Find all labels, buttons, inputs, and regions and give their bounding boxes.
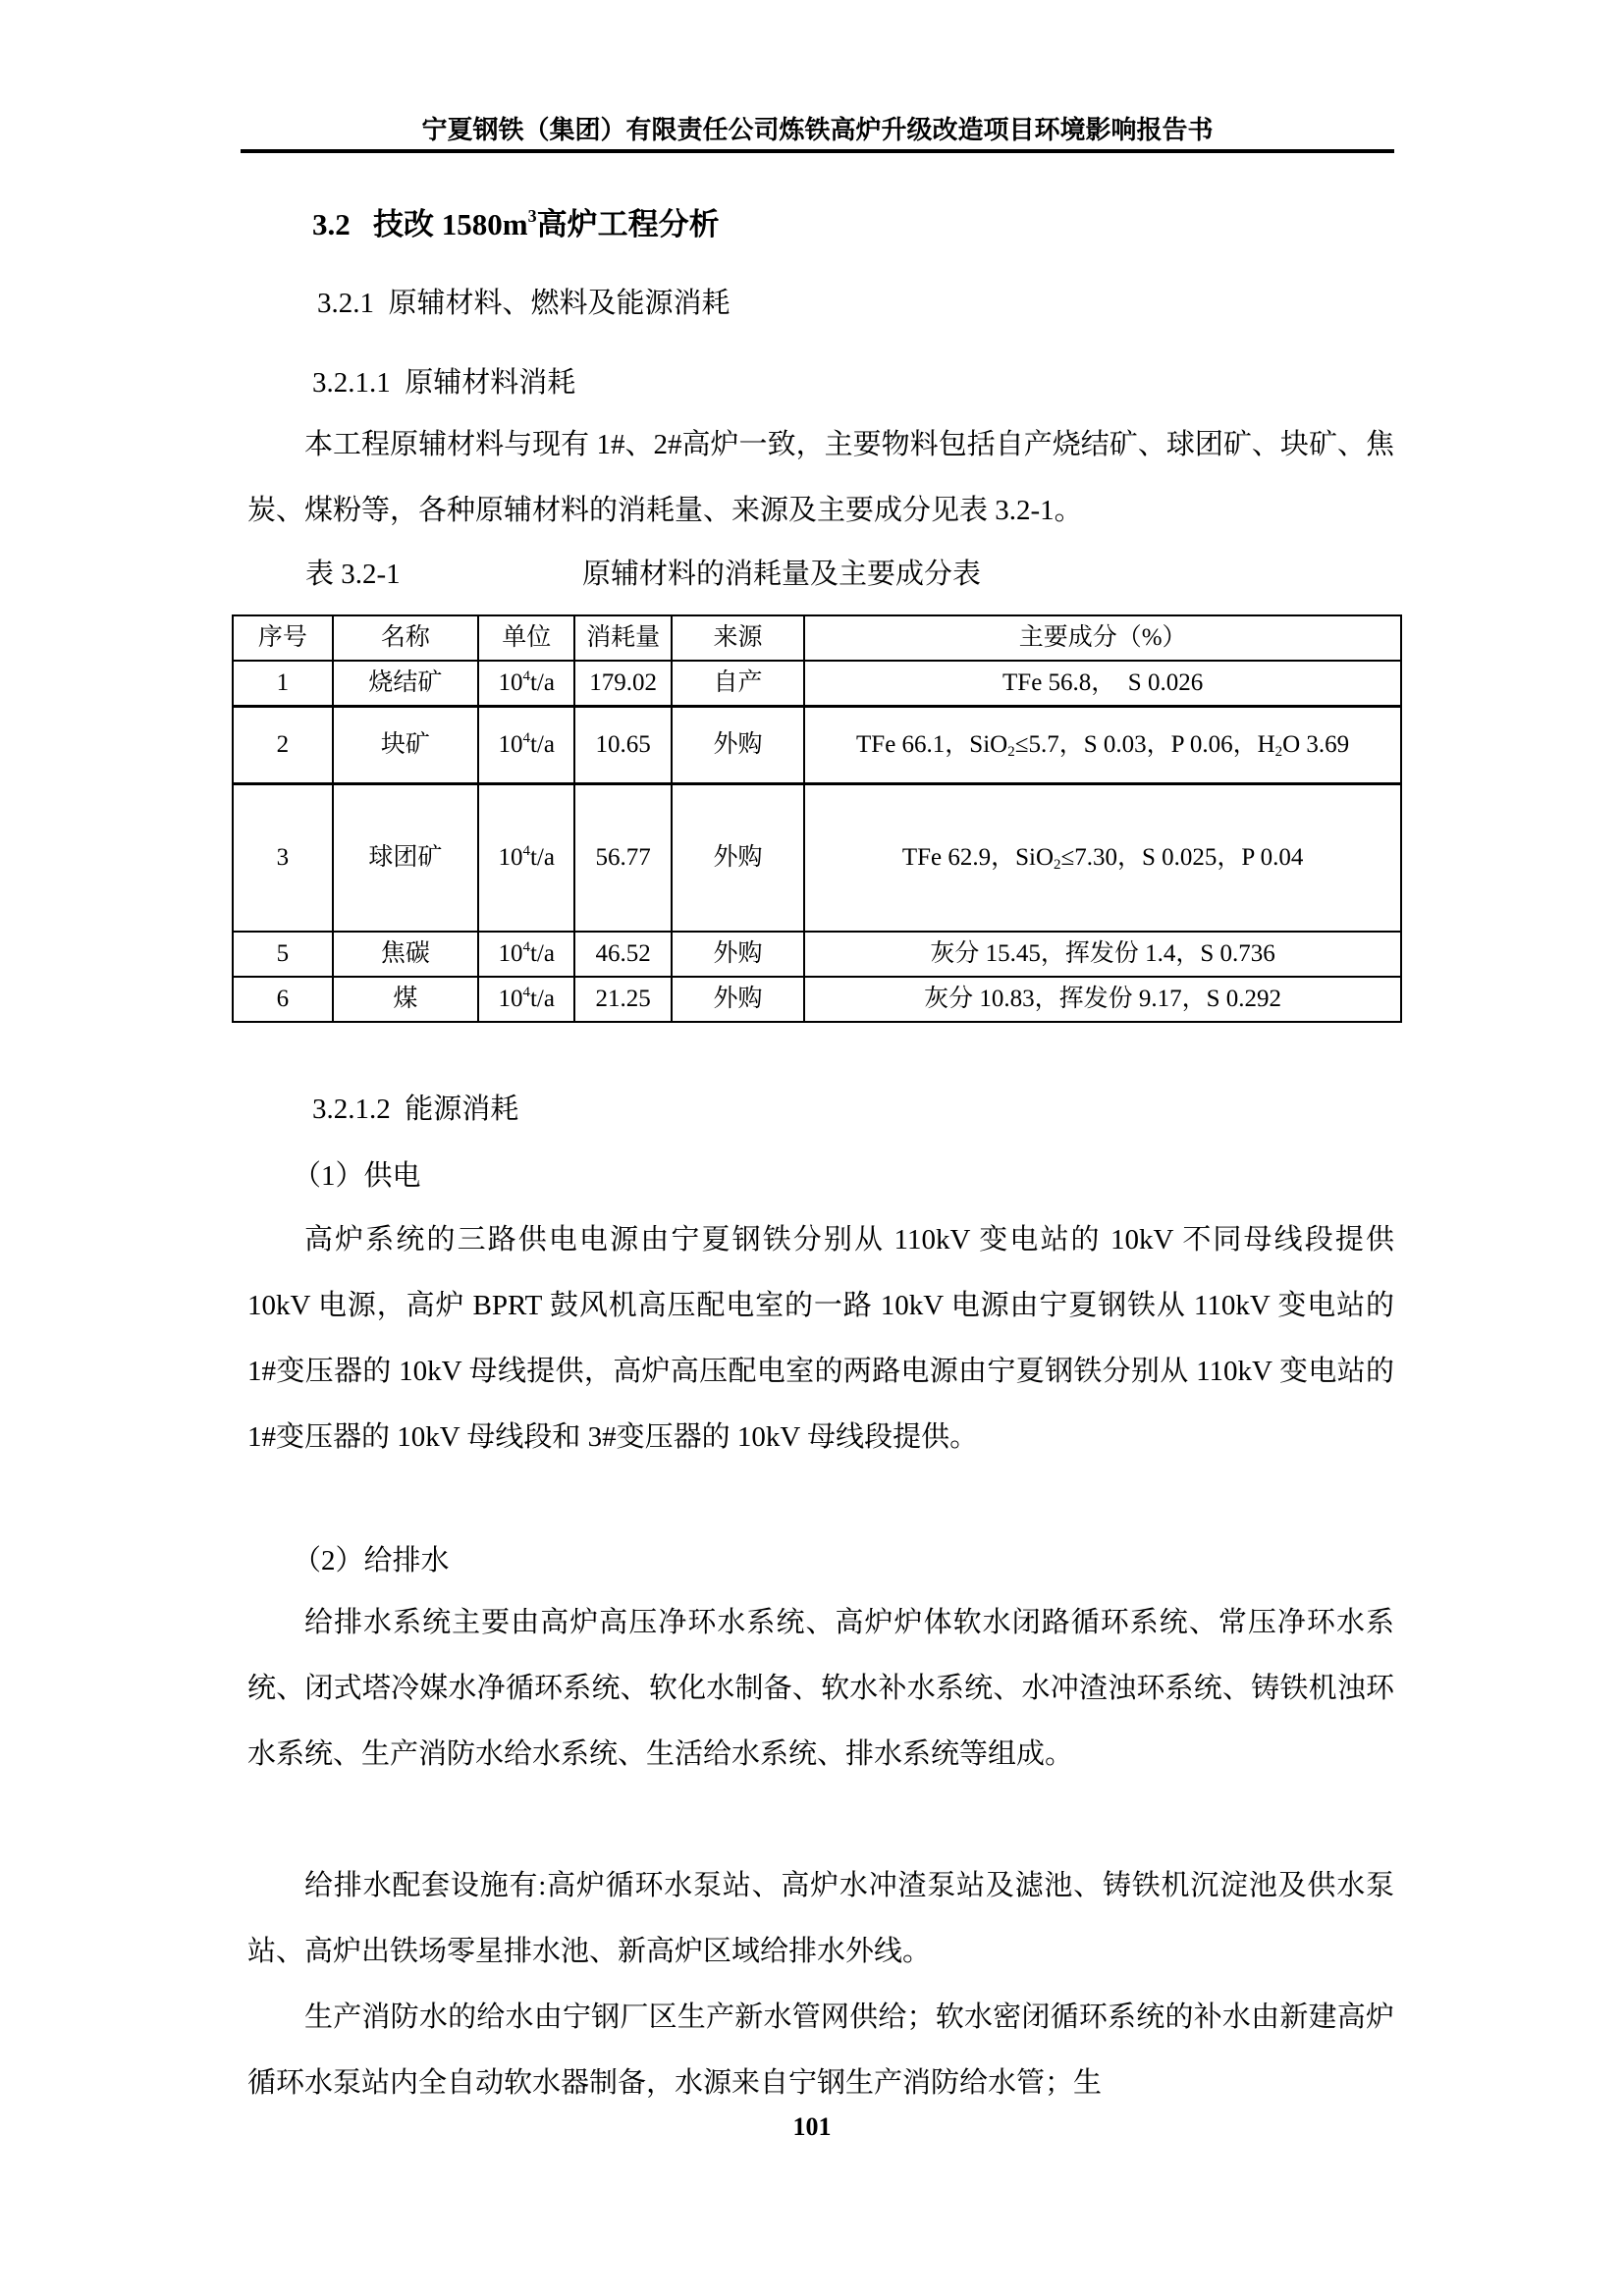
water-heading: （2）给排水 [293, 1538, 450, 1578]
cell-composition: 灰分 15.45，挥发份 1.4，S 0.736 [804, 932, 1401, 977]
water-paragraph-2: 给排水配套设施有:高炉循环水泵站、高炉水冲渣泵站及滤池、铸铁机沉淀池及供水泵站、… [247, 1853, 1394, 1985]
cell-no: 2 [233, 707, 333, 784]
subsection-number: 3.2.1 [317, 288, 374, 319]
header-cell: 消耗量 [574, 615, 671, 661]
cell-amount: 10.65 [574, 707, 671, 784]
cell-composition: TFe 56.8， S 0.026 [804, 661, 1401, 707]
header-cell: 单位 [478, 615, 574, 661]
cell-name: 焦碳 [333, 932, 478, 977]
materials-table: 序号 名称 单位 消耗量 来源 主要成分（%） 1 烧结矿 104t/a 179… [232, 614, 1402, 1023]
subsection-title: 能源消耗 [405, 1094, 518, 1125]
cell-source: 外购 [672, 977, 804, 1022]
table-row: 5 焦碳 104t/a 46.52 外购 灰分 15.45，挥发份 1.4，S … [233, 932, 1401, 977]
cell-amount: 179.02 [574, 661, 671, 707]
section-heading: 3.2 技改 1580m3高炉工程分析 [312, 199, 720, 243]
table-row: 3 球团矿 104t/a 56.77 外购 TFe 62.9，SiO2≤7.30… [233, 784, 1401, 933]
subsection-number: 3.2.1.2 [312, 1094, 391, 1125]
table-row: 1 烧结矿 104t/a 179.02 自产 TFe 56.8， S 0.026 [233, 661, 1401, 707]
cell-no: 1 [233, 661, 333, 707]
cell-composition: 灰分 10.83，挥发份 9.17，S 0.292 [804, 977, 1401, 1022]
subsection-number: 3.2.1.1 [312, 367, 391, 399]
cell-unit: 104t/a [478, 784, 574, 933]
cell-no: 3 [233, 784, 333, 933]
cell-amount: 46.52 [574, 932, 671, 977]
table-header-row: 序号 名称 单位 消耗量 来源 主要成分（%） [233, 615, 1401, 661]
cell-source: 外购 [672, 784, 804, 933]
cell-name: 煤 [333, 977, 478, 1022]
subsection-heading-3212: 3.2.1.2 能源消耗 [312, 1087, 518, 1127]
header-cell: 主要成分（%） [804, 615, 1401, 661]
table-row: 6 煤 104t/a 21.25 外购 灰分 10.83，挥发份 9.17，S … [233, 977, 1401, 1022]
page-number: 101 [0, 2112, 1624, 2142]
cell-amount: 56.77 [574, 784, 671, 933]
cell-unit: 104t/a [478, 661, 574, 707]
section-number: 3.2 [312, 207, 351, 241]
header-cell: 名称 [333, 615, 478, 661]
intro-paragraph: 本工程原辅材料与现有 1#、2#高炉一致，主要物料包括自产烧结矿、球团矿、块矿、… [247, 412, 1394, 544]
cell-composition: TFe 66.1，SiO2≤5.7，S 0.03，P 0.06，H2O 3.69 [804, 707, 1401, 784]
section-title-prefix: 技改 1580m [373, 207, 528, 241]
section-title-sup: 3 [528, 206, 537, 226]
subsection-heading-321: 3.2.1 原辅材料、燃料及能源消耗 [317, 281, 731, 321]
cell-amount: 21.25 [574, 977, 671, 1022]
cell-no: 5 [233, 932, 333, 977]
table-caption-number: 表 3.2-1 [305, 552, 401, 592]
cell-name: 块矿 [333, 707, 478, 784]
cell-unit: 104t/a [478, 977, 574, 1022]
table-row: 2 块矿 104t/a 10.65 外购 TFe 66.1，SiO2≤5.7，S… [233, 707, 1401, 784]
subsection-title: 原辅材料消耗 [405, 367, 575, 399]
power-heading: （1）供电 [293, 1153, 421, 1194]
header-rule [241, 149, 1394, 153]
running-header: 宁夏钢铁（集团）有限责任公司炼铁高炉升级改造项目环境影响报告书 [241, 110, 1394, 146]
subsection-heading-3211: 3.2.1.1 原辅材料消耗 [312, 360, 575, 400]
cell-no: 6 [233, 977, 333, 1022]
cell-name: 球团矿 [333, 784, 478, 933]
cell-unit: 104t/a [478, 932, 574, 977]
water-paragraph-3: 生产消防水的给水由宁钢厂区生产新水管网供给；软水密闭循环系统的补水由新建高炉循环… [247, 1985, 1394, 2116]
cell-unit: 104t/a [478, 707, 574, 784]
cell-name: 烧结矿 [333, 661, 478, 707]
subsection-title: 原辅材料、燃料及能源消耗 [389, 288, 731, 319]
power-paragraph: 高炉系统的三路供电电源由宁夏钢铁分别从 110kV 变电站的 10kV 不同母线… [247, 1207, 1394, 1470]
cell-composition: TFe 62.9，SiO2≤7.30，S 0.025，P 0.04 [804, 784, 1401, 933]
cell-source: 外购 [672, 932, 804, 977]
header-cell: 序号 [233, 615, 333, 661]
cell-source: 外购 [672, 707, 804, 784]
section-title-suffix: 高炉工程分析 [537, 207, 720, 241]
table-caption-title: 原辅材料的消耗量及主要成分表 [582, 552, 981, 592]
cell-source: 自产 [672, 661, 804, 707]
header-cell: 来源 [672, 615, 804, 661]
water-paragraph-1: 给排水系统主要由高炉高压净环水系统、高炉炉体软水闭路循环系统、常压净环水系统、闭… [247, 1590, 1394, 1788]
